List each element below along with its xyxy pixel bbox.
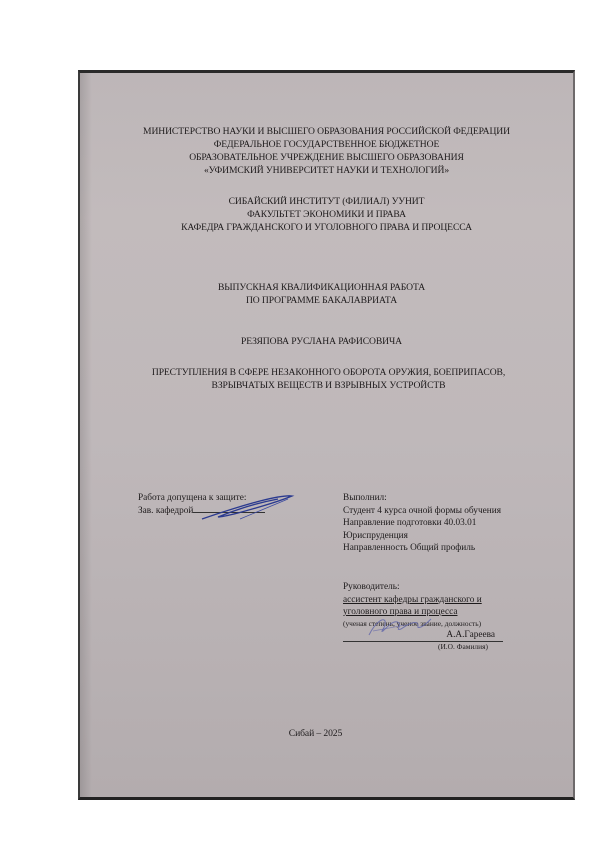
- author-name: РЕЗЯПОВА РУСЛАНА РАФИСОВИЧА: [70, 335, 573, 348]
- author-block: РЕЗЯПОВА РУСЛАНА РАФИСОВИЧА: [70, 335, 573, 348]
- supervisor-label: Руководитель:: [343, 581, 503, 594]
- student-info: Студент 4 курса очной формы обучения: [343, 505, 501, 518]
- institute-name: СИБАЙСКИЙ ИНСТИТУТ (ФИЛИАЛ) УУНИТ: [80, 195, 573, 208]
- institution-line-2: ОБРАЗОВАТЕЛЬНОЕ УЧРЕЖДЕНИЕ ВЫСШЕГО ОБРАЗ…: [80, 151, 573, 164]
- title-page: МИНИСТЕРСТВО НАУКИ И ВЫСШЕГО ОБРАЗОВАНИЯ…: [78, 70, 575, 800]
- thesis-title-line-2: ВЗРЫВЧАТЫХ ВЕЩЕСТВ И ВЗРЫВНЫХ УСТРОЙСТВ: [84, 379, 573, 392]
- footer-block: Сибай – 2025: [58, 727, 573, 740]
- university-name: «УФИМСКИЙ УНИВЕРСИТЕТ НАУКИ И ТЕХНОЛОГИЙ…: [80, 164, 573, 177]
- ministry-name: МИНИСТЕРСТВО НАУКИ И ВЫСШЕГО ОБРАЗОВАНИЯ…: [80, 125, 573, 138]
- faculty-name: ФАКУЛЬТЕТ ЭКОНОМИКИ И ПРАВА: [80, 208, 573, 221]
- work-type-line-2: ПО ПРОГРАММЕ БАКАЛАВРИАТА: [70, 294, 573, 307]
- completed-by-block: Выполнил: Студент 4 курса очной формы об…: [343, 492, 501, 555]
- city-year: Сибай – 2025: [58, 727, 573, 740]
- work-type-block: ВЫПУСКНАЯ КВАЛИФИКАЦИОННАЯ РАБОТА ПО ПРО…: [70, 281, 573, 307]
- specialty-info: Юриспруденция: [343, 530, 501, 543]
- supervisor-position-line-1: ассистент кафедры гражданского и: [343, 594, 503, 607]
- head-signature-icon: [200, 493, 300, 523]
- header-block: МИНИСТЕРСТВО НАУКИ И ВЫСШЕГО ОБРАЗОВАНИЯ…: [80, 125, 573, 177]
- institution-line-1: ФЕДЕРАЛЬНОЕ ГОСУДАРСТВЕННОЕ БЮДЖЕТНОЕ: [80, 138, 573, 151]
- profile-info: Направленность Общий профиль: [343, 542, 501, 555]
- thesis-title-block: ПРЕСТУПЛЕНИЯ В СФЕРЕ НЕЗАКОННОГО ОБОРОТА…: [84, 366, 573, 392]
- supervisor-name: А.А.Гареева: [446, 629, 495, 642]
- direction-info: Направление подготовки 40.03.01: [343, 517, 501, 530]
- supervisor-signature-icon: [365, 613, 435, 639]
- page-shadow: [80, 73, 92, 797]
- document-photo: МИНИСТЕРСТВО НАУКИ И ВЫСШЕГО ОБРАЗОВАНИЯ…: [0, 0, 595, 842]
- thesis-title-line-1: ПРЕСТУПЛЕНИЯ В СФЕРЕ НЕЗАКОННОГО ОБОРОТА…: [84, 366, 573, 379]
- department-name: КАФЕДРА ГРАЖДАНСКОГО И УГОЛОВНОГО ПРАВА …: [80, 221, 573, 234]
- branch-block: СИБАЙСКИЙ ИНСТИТУТ (ФИЛИАЛ) УУНИТ ФАКУЛЬ…: [80, 195, 573, 234]
- completed-by-label: Выполнил:: [343, 492, 501, 505]
- name-hint: (И.О. Фамилия): [343, 642, 503, 652]
- work-type-line-1: ВЫПУСКНАЯ КВАЛИФИКАЦИОННАЯ РАБОТА: [70, 281, 573, 294]
